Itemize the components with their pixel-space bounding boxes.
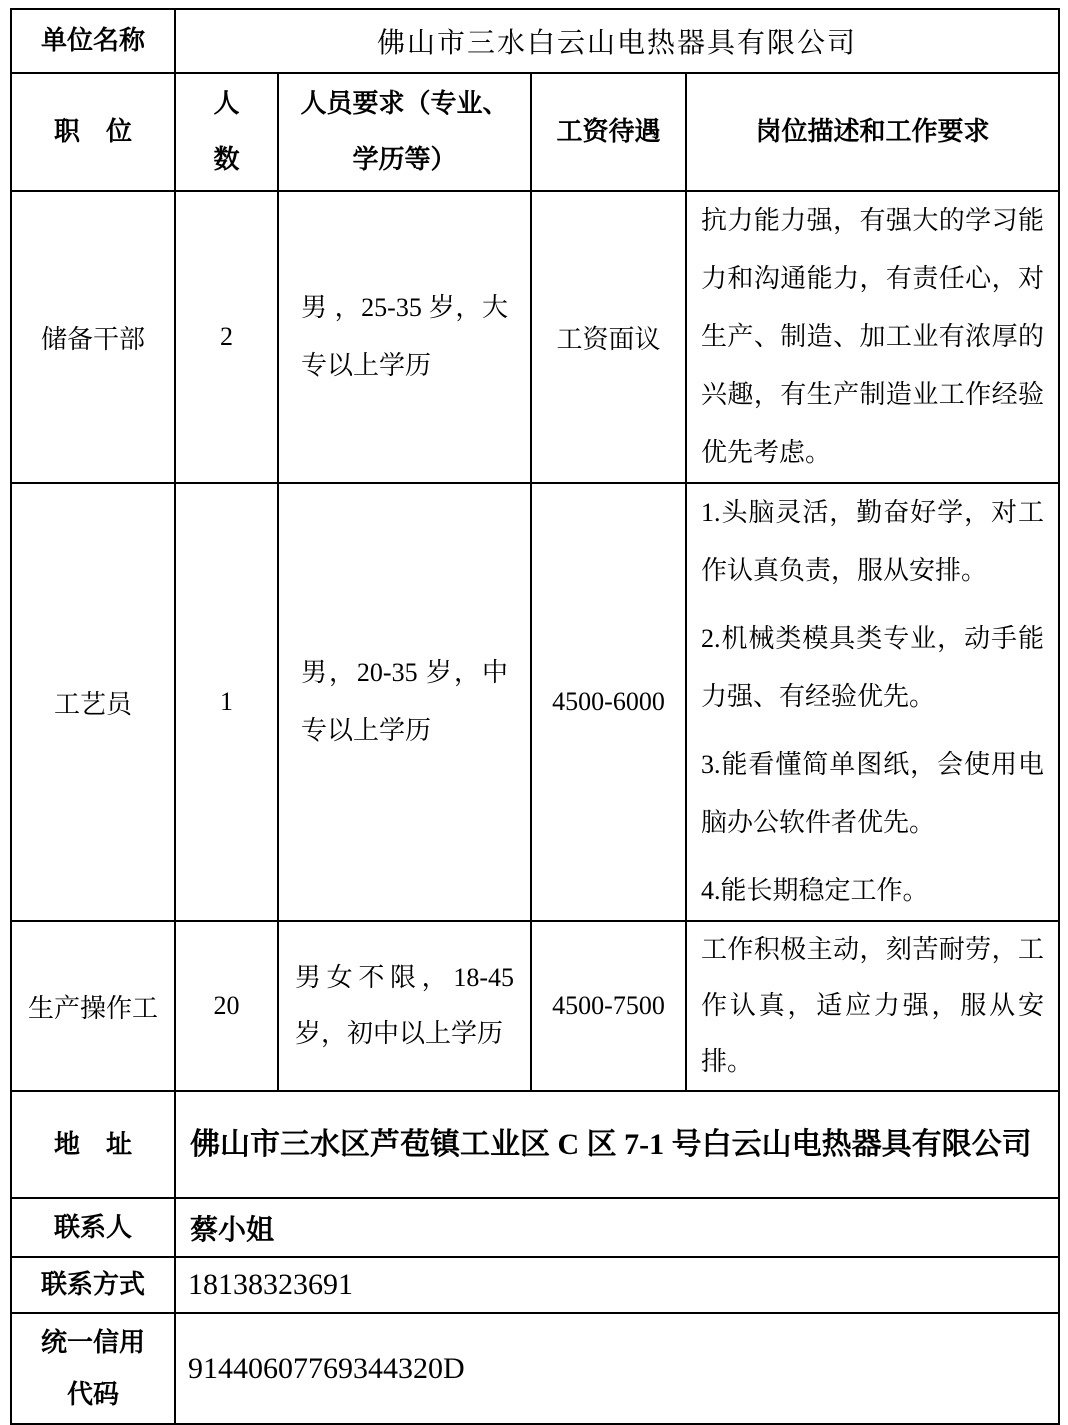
job-title: 生产操作工 xyxy=(11,921,175,1091)
contact-label: 联系人 xyxy=(11,1198,175,1257)
credit-code-value: 91440607769344320D xyxy=(175,1313,1059,1424)
job-salary: 4500-7500 xyxy=(531,921,686,1091)
phone-label: 联系方式 xyxy=(11,1257,175,1313)
header-position: 职 位 xyxy=(11,73,175,191)
phone-row: 联系方式 18138323691 xyxy=(11,1257,1059,1313)
company-row: 单位名称 佛山市三水白云山电热器具有限公司 xyxy=(11,9,1059,73)
job-count: 2 xyxy=(175,191,278,483)
job-description-paragraphs: 抗力能力强，有强大的学习能力和沟通能力，有责任心，对生产、制造、加工业有浓厚的兴… xyxy=(686,191,1059,483)
job-description-paragraphs: 1.头脑灵活，勤奋好学，对工作认真负责，服从安排。2.机械类模具类专业，动手能力… xyxy=(686,483,1059,921)
contact-row: 联系人 蔡小姐 xyxy=(11,1198,1059,1257)
job-row: 生产操作工 20 男女不限，18-45 岁，初中以上学历 4500-7500 工… xyxy=(11,921,1059,1091)
job-count: 20 xyxy=(175,921,278,1091)
page: { "colors": { "border": "#000000", "text… xyxy=(0,0,1068,1374)
job-title: 储备干部 xyxy=(11,191,175,483)
company-name: 佛山市三水白云山电热器具有限公司 xyxy=(175,9,1059,73)
job-requirements: 男 ，25-35 岁，大专以上学历 xyxy=(278,191,531,483)
contact-value: 蔡小姐 xyxy=(175,1198,1059,1257)
job-count: 1 xyxy=(175,483,278,921)
address-value: 佛山市三水区芦苞镇工业区 C 区 7-1 号白云山电热器具有限公司 xyxy=(175,1091,1059,1198)
job-requirements: 男女不限，18-45 岁，初中以上学历 xyxy=(278,921,531,1091)
company-label: 单位名称 xyxy=(11,9,175,73)
address-row: 地 址 佛山市三水区芦苞镇工业区 C 区 7-1 号白云山电热器具有限公司 xyxy=(11,1091,1059,1198)
header-count: 人 数 xyxy=(175,73,278,191)
job-requirements: 男，20-35 岁，中专以上学历 xyxy=(278,483,531,921)
header-requirements: 人员要求（专业、学历等） xyxy=(278,73,531,191)
credit-code-row: 统一信用代码 91440607769344320D xyxy=(11,1313,1059,1424)
recruitment-table: 单位名称 佛山市三水白云山电热器具有限公司 职 位 人 数 人员要求（专业、学历… xyxy=(10,8,1060,1425)
header-salary: 工资待遇 xyxy=(531,73,686,191)
address-label: 地 址 xyxy=(11,1091,175,1198)
job-row: 工艺员 1 男，20-35 岁，中专以上学历 4500-6000 1.头脑灵活，… xyxy=(11,483,1059,921)
credit-code-label: 统一信用代码 xyxy=(11,1313,175,1424)
job-row: 储备干部 2 男 ，25-35 岁，大专以上学历 工资面议 抗力能力强，有强大的… xyxy=(11,191,1059,483)
job-salary: 4500-6000 xyxy=(531,483,686,921)
job-salary: 工资面议 xyxy=(531,191,686,483)
job-description-paragraphs: 工作积极主动，刻苦耐劳，工作认真，适应力强，服从安排。 xyxy=(686,921,1059,1091)
header-description: 岗位描述和工作要求 xyxy=(686,73,1059,191)
header-row: 职 位 人 数 人员要求（专业、学历等） 工资待遇 岗位描述和工作要求 xyxy=(11,73,1059,191)
phone-value: 18138323691 xyxy=(175,1257,1059,1313)
job-title: 工艺员 xyxy=(11,483,175,921)
